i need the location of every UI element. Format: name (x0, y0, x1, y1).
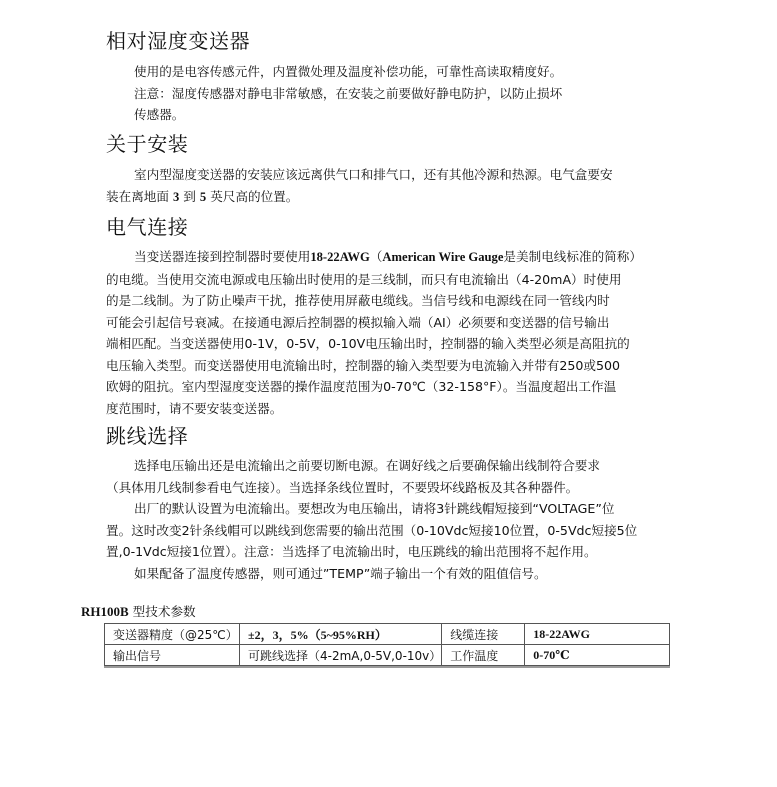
paragraph-line: 的是二线制。为了防止噪声干扰，推荐使用屏蔽电缆线。当信号线和电源线在同一管线内时 (106, 290, 678, 312)
paragraph-line: （具体用几线制参看电气连接）。当选择条线位置时，不要毁坏线路板及其各种器件。 (106, 477, 678, 499)
paragraph-line: 置。这时改变2针条线帽可以跳线到您需要的输出范围（0-10Vdc短接10位置，0… (106, 520, 678, 542)
table-cell-value: 18-22AWG (525, 624, 670, 645)
table-cell-label: 线缆连接 (442, 624, 525, 645)
table-row: 变送器精度（@25℃） ±2，3，5%（5~95%RH） 线缆连接 18-22A… (105, 624, 670, 645)
table-cell-value: 0-70℃ (525, 645, 670, 666)
section-heading-humidity-transmitter: 相对湿度变送器 (106, 29, 250, 53)
section-heading-electrical-connection: 电气连接 (106, 215, 188, 239)
paragraph-line: 的电缆。当使用交流电源或电压输出时使用的是三线制，而只有电流输出（4-20mA）… (106, 269, 678, 291)
paragraph-line: 传感器。 (106, 104, 678, 126)
section-body-installation: 室内型湿度变送器的安装应该远离供气口和排气口，还有其他冷源和热源。电气盒要安 装… (106, 164, 678, 208)
section-body-electrical-connection: 当变送器连接到控制器时要使用18-22AWG（American Wire Gau… (106, 246, 678, 419)
paragraph-line: 注意：湿度传感器对静电非常敏感，在安装之前要做好静电防护，以防止损坏 (106, 83, 678, 105)
section-body-jumper-selection: 选择电压输出还是电流输出之前要切断电源。在调好线之后要确保输出线制符合要求 （具… (106, 455, 678, 584)
paragraph-line: 使用的是电容传感元件，内置微处理及温度补偿功能，可靠性高读取精度好。 (106, 61, 678, 83)
table-row: 输出信号 可跳线选择（4-2mA,0-5V,0-10v） 工作温度 0-70℃ (105, 645, 670, 666)
paragraph-line: 可能会引起信号衰减。在接通电源后控制器的模拟输入端（AI）必须要和变送器的信号输… (106, 312, 678, 334)
paragraph-line: 室内型湿度变送器的安装应该远离供气口和排气口，还有其他冷源和热源。电气盒要安 (106, 164, 678, 186)
spec-table: 变送器精度（@25℃） ±2，3，5%（5~95%RH） 线缆连接 18-22A… (104, 623, 670, 666)
paragraph-line: 选择电压输出还是电流输出之前要切断电源。在调好线之后要确保输出线制符合要求 (106, 455, 678, 477)
table-cell-label: 输出信号 (105, 645, 240, 666)
table-cell-value: ±2，3，5%（5~95%RH） (240, 624, 442, 645)
spec-table-caption: RH100B 型技术参数 (81, 603, 196, 621)
section-body-humidity-transmitter: 使用的是电容传感元件，内置微处理及温度补偿功能，可靠性高读取精度好。 注意：湿度… (106, 61, 678, 126)
caption-text: 型技术参数 (129, 604, 196, 619)
section-heading-installation: 关于安装 (106, 132, 188, 156)
paragraph-line: 当变送器连接到控制器时要使用18-22AWG（American Wire Gau… (106, 246, 678, 269)
paragraph-line: 电压输入类型。而变送器使用电流输出时，控制器的输入类型要为电流输入并带有250或… (106, 355, 678, 377)
paragraph-line: 如果配备了温度传感器，则可通过”TEMP”端子输出一个有效的阻值信号。 (106, 563, 678, 585)
paragraph-line: 置,0-1Vdc短接1位置）。注意：当选择了电流输出时，电压跳线的输出范围将不起… (106, 541, 678, 563)
paragraph-line: 装在离地面 3 到 5 英尺高的位置。 (106, 186, 678, 209)
paragraph-line: 度范围时，请不要安装变送器。 (106, 398, 678, 420)
paragraph-line: 端相匹配。当变送器使用0-1V，0-5V，0-10V电压输出时，控制器的输入类型… (106, 333, 678, 355)
paragraph-line: 欧姆的阻抗。室内型湿度变送器的操作温度范围为0-70℃（32-158°F）。当温… (106, 376, 678, 398)
table-cell-label: 变送器精度（@25℃） (105, 624, 240, 645)
paragraph-line: 出厂的默认设置为电流输出。要想改为电压输出，请将3针跳线帽短接到“VOLTAGE… (106, 498, 678, 520)
table-cell-label: 工作温度 (442, 645, 525, 666)
model-name: RH100B (81, 604, 129, 619)
section-heading-jumper-selection: 跳线选择 (106, 424, 188, 448)
table-cell-value: 可跳线选择（4-2mA,0-5V,0-10v） (240, 645, 442, 666)
